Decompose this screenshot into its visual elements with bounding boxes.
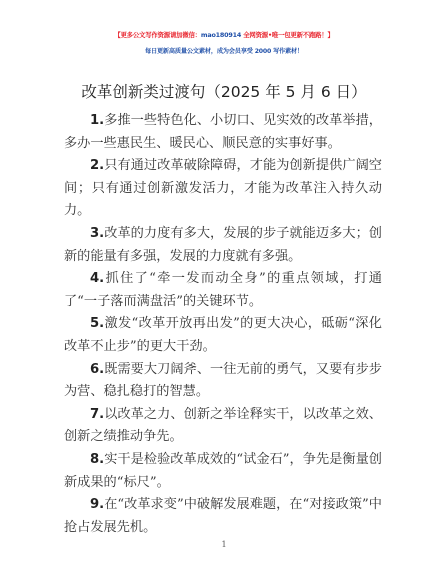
paragraph-text: 既需要大刀阔斧、一往无前的勇气，又要有步步为营、稳扎稳打的智慧。 bbox=[64, 362, 382, 400]
paragraph-number: 2. bbox=[90, 158, 104, 173]
paragraph-text: 以改革之力、创新之举诠释实干，以改革之效、创新之绩推动争先。 bbox=[64, 407, 382, 445]
paragraph-number: 1. bbox=[90, 113, 104, 128]
paragraph-4: 4.抓住了“牵一发而动全身”的重点领域，打通了“一子落而满盘活”的关键环节。 bbox=[64, 268, 382, 313]
promo-text-right: 全网资源•唯一包更新不跑路！】 bbox=[241, 31, 334, 39]
paragraph-7: 7.以改革之力、创新之举诠释实干，以改革之效、创新之绩推动争先。 bbox=[64, 404, 382, 449]
paragraph-number: 7. bbox=[90, 407, 104, 422]
page-number: 1 bbox=[0, 540, 448, 549]
paragraph-9: 9.在“改革求变”中破解发展难题，在“对接政策”中抢占发展先机。 bbox=[64, 494, 382, 539]
paragraph-text: 实干是检验改革成效的“试金石”，争先是衡量创新成果的“标尺”。 bbox=[64, 452, 382, 490]
paragraph-number: 5. bbox=[90, 316, 104, 331]
document-body: 1.多推一些特色化、小切口、见实效的改革举措，多办一些惠民生、暖民心、顺民意的实… bbox=[64, 110, 382, 539]
document-page: 【更多公文写作资源请加微信：mao180914 全网资源•唯一包更新不跑路！】 … bbox=[0, 0, 448, 580]
paragraph-text: 多推一些特色化、小切口、见实效的改革举措，多办一些惠民生、暖民心、顺民意的实事好… bbox=[64, 113, 382, 151]
paragraph-number: 4. bbox=[90, 271, 104, 286]
paragraph-number: 8. bbox=[90, 452, 104, 467]
paragraph-number: 3. bbox=[90, 226, 104, 241]
promo-text-left: 【更多公文写作资源请加微信： bbox=[114, 31, 201, 39]
paragraph-number: 6. bbox=[90, 362, 104, 377]
paragraph-number: 9. bbox=[90, 497, 104, 512]
paragraph-text: 在“改革求变”中破解发展难题，在“对接政策”中抢占发展先机。 bbox=[64, 497, 382, 535]
paragraph-text: 激发“改革开放再出发”的更大决心，砥砺“深化改革不止步”的更大干劲。 bbox=[64, 316, 382, 354]
promo-wechat-id: mao180914 bbox=[201, 31, 241, 39]
paragraph-1: 1.多推一些特色化、小切口、见实效的改革举措，多办一些惠民生、暖民心、顺民意的实… bbox=[64, 110, 382, 155]
paragraph-text: 只有通过改革破除障碍，才能为创新提供广阔空间；只有通过创新激发活力，才能为改革注… bbox=[64, 158, 382, 218]
paragraph-text: 改革的力度有多大，发展的步子就能迈多大；创新的能量有多强，发展的力度就有多强。 bbox=[64, 226, 382, 264]
promo-banner-line-2: 每日更新高质量公文素材，成为会员享受 2000 写作素材！ bbox=[0, 47, 448, 56]
paragraph-3: 3.改革的力度有多大，发展的步子就能迈多大；创新的能量有多强，发展的力度就有多强… bbox=[64, 223, 382, 268]
paragraph-text: 抓住了“牵一发而动全身”的重点领域，打通了“一子落而满盘活”的关键环节。 bbox=[64, 271, 382, 309]
paragraph-5: 5.激发“改革开放再出发”的更大决心，砥砺“深化改革不止步”的更大干劲。 bbox=[64, 313, 382, 358]
paragraph-6: 6.既需要大刀阔斧、一往无前的勇气，又要有步步为营、稳扎稳打的智慧。 bbox=[64, 359, 382, 404]
paragraph-8: 8.实干是检验改革成效的“试金石”，争先是衡量创新成果的“标尺”。 bbox=[64, 449, 382, 494]
promo-banner-line-1: 【更多公文写作资源请加微信：mao180914 全网资源•唯一包更新不跑路！】 bbox=[0, 31, 448, 40]
paragraph-2: 2.只有通过改革破除障碍，才能为创新提供广阔空间；只有通过创新激发活力，才能为改… bbox=[64, 155, 382, 223]
document-title: 改革创新类过渡句（2025 年 5 月 6 日） bbox=[0, 81, 448, 103]
